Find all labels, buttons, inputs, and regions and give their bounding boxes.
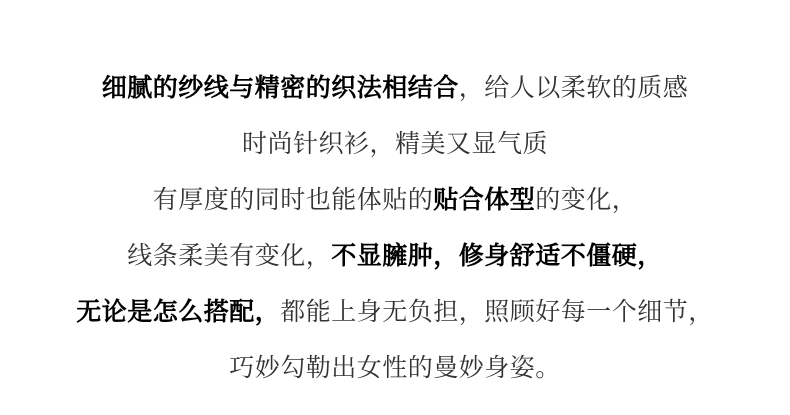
text-line: 时尚针织衫，精美又显气质 <box>0 116 790 172</box>
text-line: 无论是怎么搭配，都能上身无负担，照顾好每一个细节， <box>0 284 790 340</box>
text-segment-bold: 细腻的纱线与精密的织法相结合 <box>102 74 459 102</box>
text-segment: ，给人以柔软的质感 <box>459 74 689 102</box>
text-segment: 时尚针织衫，精美又显气质 <box>242 130 548 158</box>
text-segment-bold: 不显臃肿，修身舒适不僵硬， <box>331 242 663 270</box>
text-segment-bold: 无论是怎么搭配， <box>76 298 280 326</box>
text-segment-bold: 贴合体型 <box>433 186 535 214</box>
text-segment: 巧妙勾勒出女性的曼妙身姿。 <box>229 354 561 382</box>
text-line: 线条柔美有变化，不显臃肿，修身舒适不僵硬， <box>0 228 790 284</box>
text-line: 有厚度的同时也能体贴的贴合体型的变化， <box>0 172 790 228</box>
text-line: 细腻的纱线与精密的织法相结合，给人以柔软的质感 <box>0 60 790 116</box>
text-segment: 的变化， <box>535 186 637 214</box>
product-description: 细腻的纱线与精密的织法相结合，给人以柔软的质感 时尚针织衫，精美又显气质 有厚度… <box>0 0 790 396</box>
text-line: 巧妙勾勒出女性的曼妙身姿。 <box>0 340 790 396</box>
text-segment: 有厚度的同时也能体贴的 <box>153 186 434 214</box>
text-segment: 都能上身无负担，照顾好每一个细节， <box>280 298 714 326</box>
text-segment: 线条柔美有变化， <box>127 242 331 270</box>
